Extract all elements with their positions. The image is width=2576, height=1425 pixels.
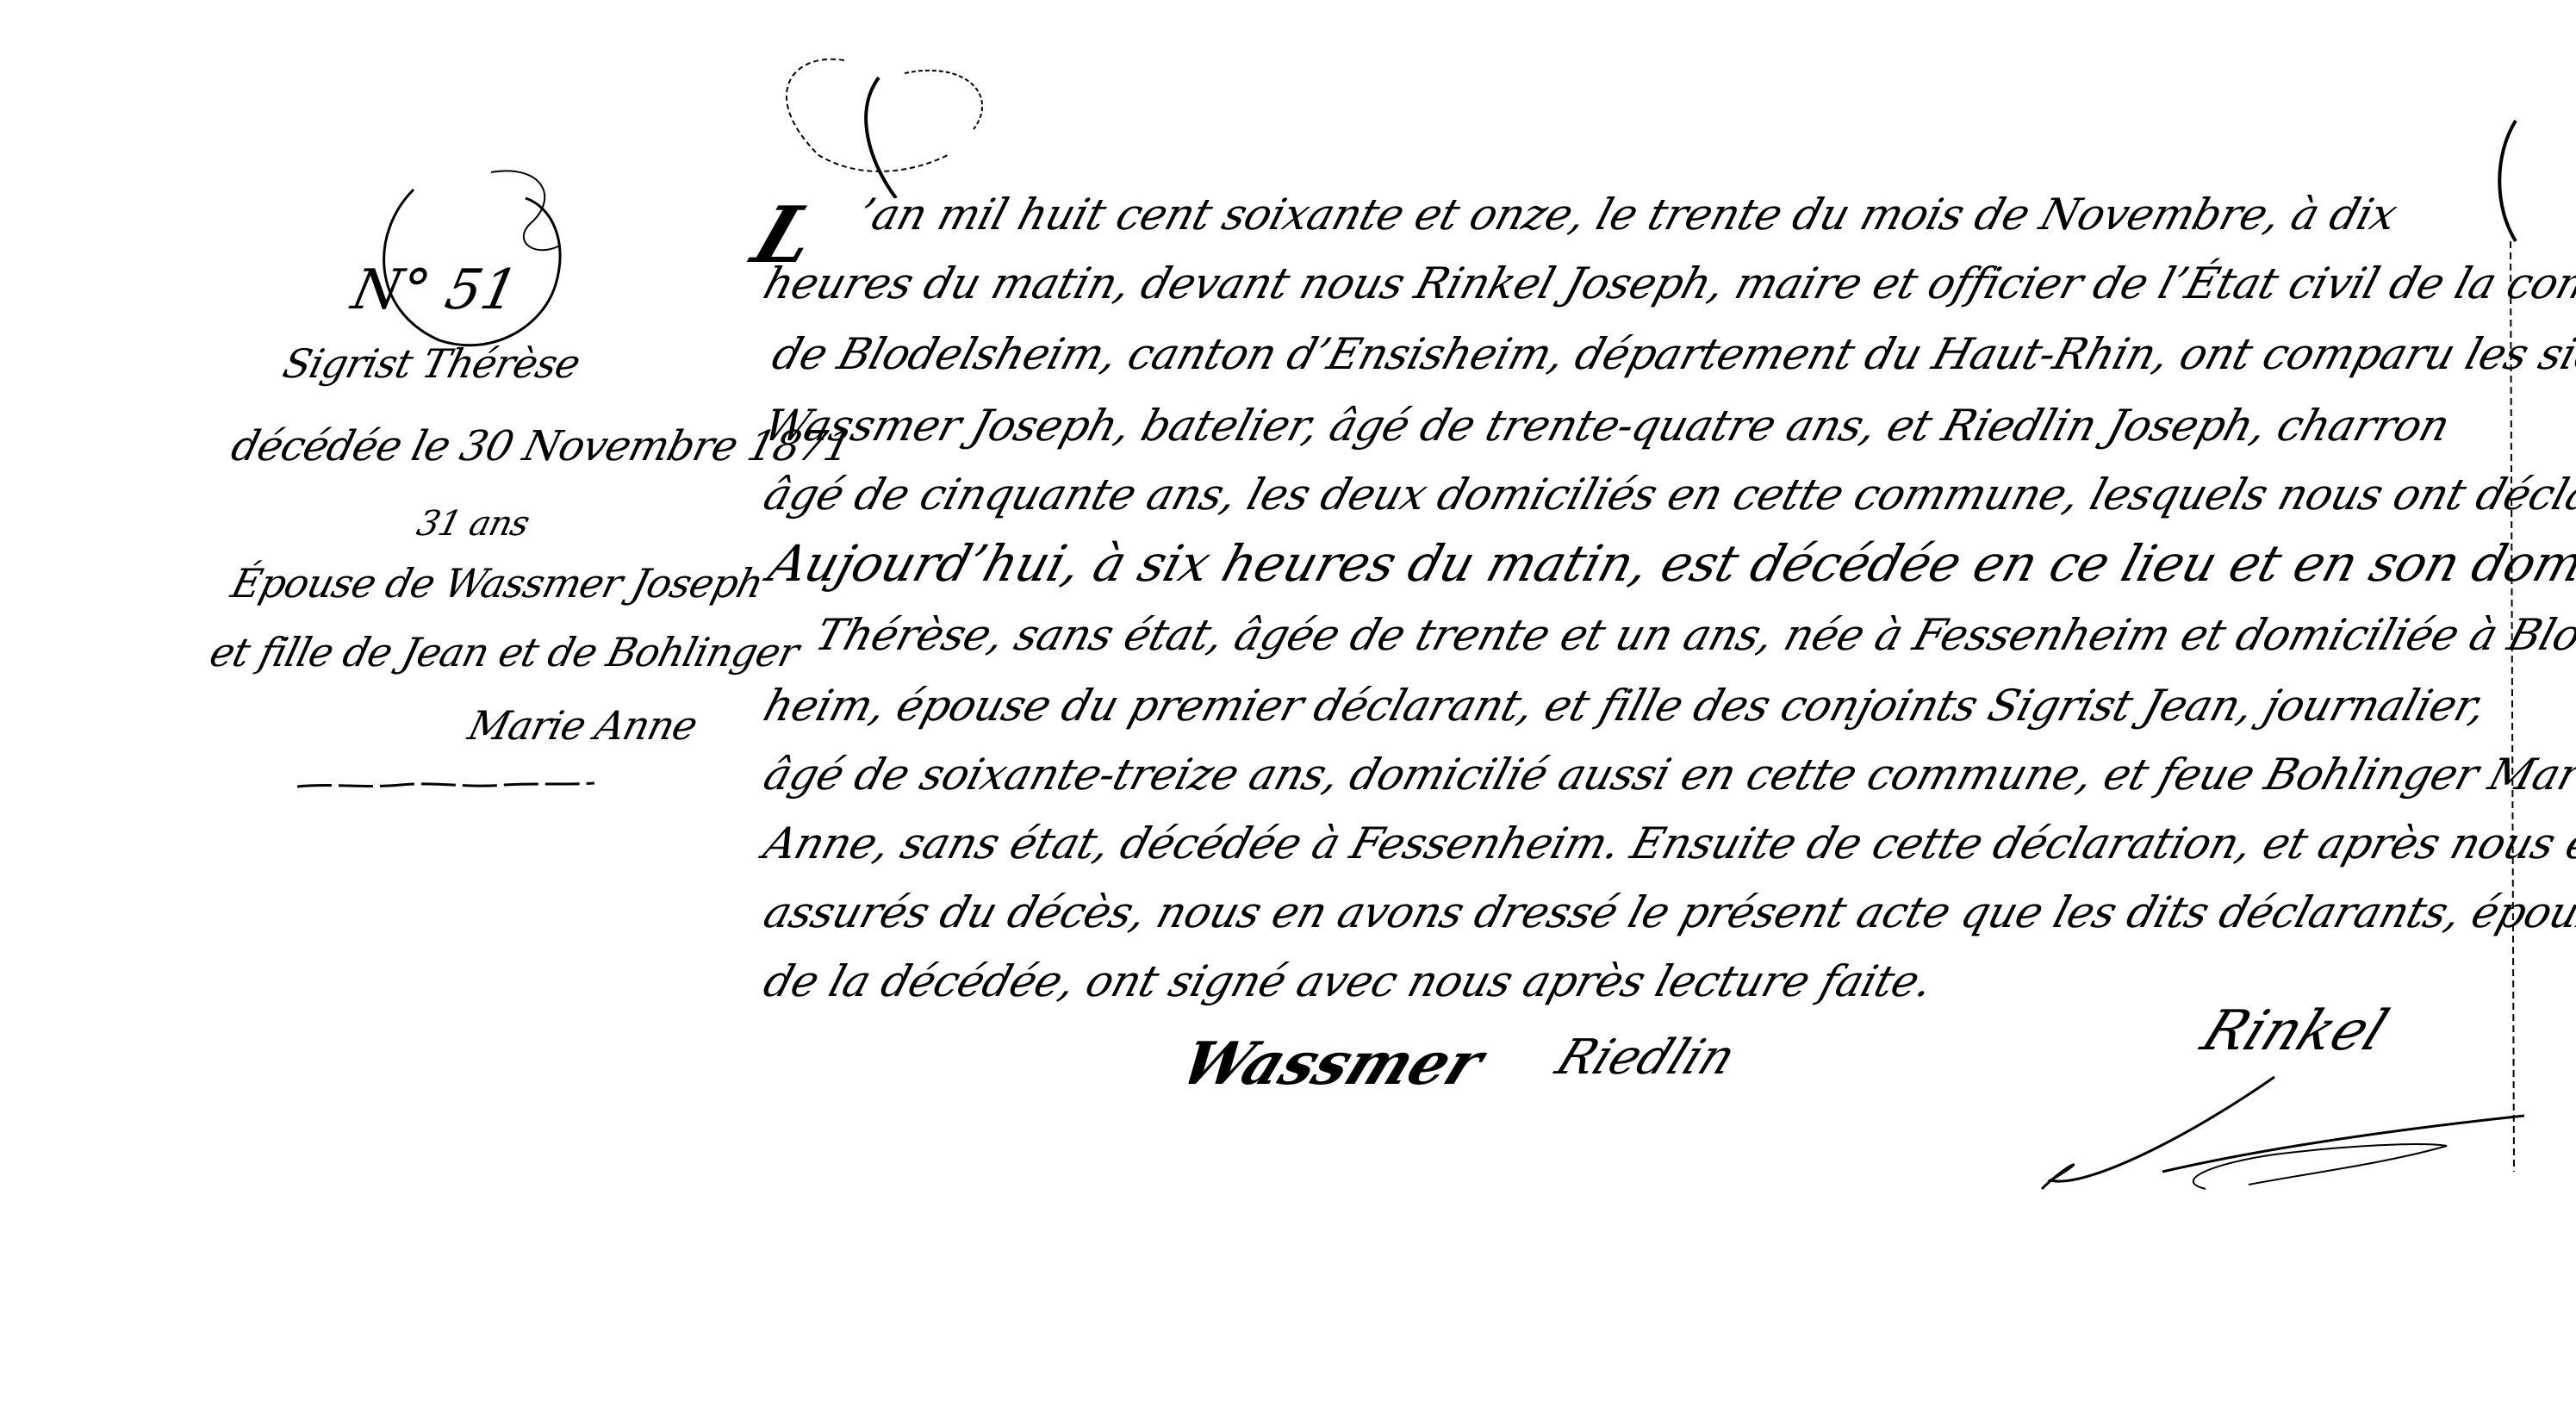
civil-record-page: N° 51 Sigrist Thérèse décédée le 30 Nove…: [0, 0, 2576, 1425]
signature-mayor: Rinkel: [2193, 999, 2397, 1063]
act-line: Thérèse, sans état, âgée de trente et un…: [810, 610, 2576, 660]
deceased-name: Sigrist Thérèse: [278, 340, 584, 387]
act-line: assurés du décès, nous en avons dressé l…: [758, 887, 2576, 937]
act-line: heim, épouse du premier déclarant, et fi…: [758, 681, 2492, 731]
act-line: de la décédée, ont signé avec nous après…: [758, 956, 1938, 1006]
act-line: Anne, sans état, décédée à Fessenheim. E…: [758, 818, 2576, 868]
page-edge-bracket-icon: [2490, 112, 2524, 250]
deceased-age: 31 ans: [413, 504, 532, 544]
act-line: heures du matin, devant nous Rinkel Jose…: [758, 258, 2576, 308]
parents-line: et fille de Jean et de Bohlinger: [205, 629, 803, 675]
signature-paraph-icon: [2016, 1068, 2533, 1206]
margin-divider-rule: [297, 780, 594, 790]
act-line: âgé de soixante-treize ans, domicilié au…: [758, 750, 2576, 800]
act-line: Wassmer Joseph, batelier, âgé de trente-…: [758, 401, 2455, 451]
decorative-flourish-icon: [741, 26, 999, 198]
act-line: de Blodelsheim, canton d’Ensisheim, dépa…: [767, 329, 2576, 379]
spouse-line: Épouse de Wassmer Joseph: [227, 560, 768, 607]
signature-declarant-2: Riedlin: [1548, 1030, 1744, 1086]
mother-given-name: Marie Anne: [464, 702, 701, 749]
entry-number: N° 51: [346, 258, 524, 322]
signature-declarant-1: Wassmer: [1171, 1030, 1493, 1098]
act-line: ’an mil huit cent soixante et onze, le t…: [853, 190, 2403, 240]
act-line: Aujourd’hui, à six heures du matin, est …: [762, 534, 2576, 593]
page-edge-line-icon: [2505, 241, 2523, 1172]
act-line: âgé de cinquante ans, les deux domicilié…: [758, 470, 2576, 520]
